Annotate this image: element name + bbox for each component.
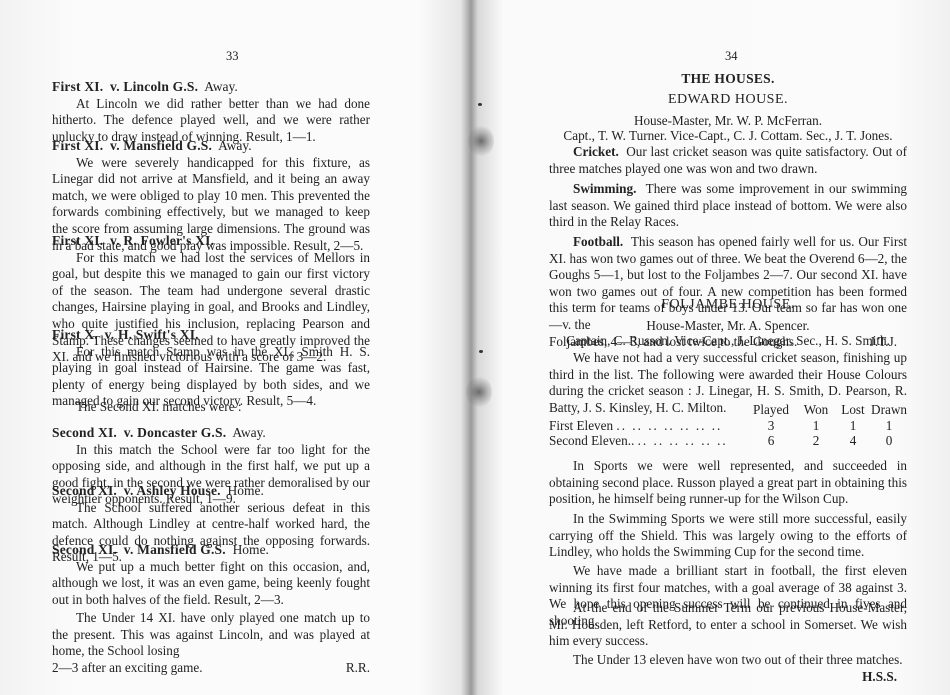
match-heading: Second XI. v. Mansfield G.S. Home. [52,542,370,559]
house-section-swimming: Swimming. There was some improvement in … [549,181,907,231]
match-heading: First XI. v. R. Fowler's XI. [52,233,370,250]
match-report: First XI. v. Lincoln G.S. Away. At Linco… [52,79,370,145]
paragraph-swimming: In the Swimming Sports we were still mor… [549,511,907,561]
binding-speck [479,350,483,353]
staple-mark [468,125,494,157]
paragraph-under13: The Under 13 eleven have won two out of … [549,652,907,685]
match-heading: First X. v. H. Swift's XI. [52,327,370,344]
table-row: First Eleven .. .. .. .. .. .. .. 3 1 1 … [549,418,907,434]
under14-report: The Under 14 XI. have only played one ma… [52,610,370,676]
house-officers: Captain, C. Russon. Vice-Capt., J. Lineg… [549,333,907,350]
page-number: 34 [725,48,738,65]
house-name: FOLJAMBE HOUSE. [549,297,907,314]
match-heading: First XI. v. Lincoln G.S. Away. [52,79,370,96]
house-section-cricket: Cricket. Our last cricket season was qui… [549,144,907,177]
match-heading: Second XI. v. Doncaster G.S. Away. [52,425,370,442]
second-xi-intro: The Second XI. matches were : [52,399,370,416]
match-report: Second XI. v. Mansfield G.S. Home. We pu… [52,542,370,608]
left-page: 33 First XI. v. Lincoln G.S. Away. At Li… [52,0,370,695]
results-table: Played Won Lost Drawn First Eleven .. ..… [549,402,907,449]
book-spread: 33 First XI. v. Lincoln G.S. Away. At Li… [0,0,950,695]
binding-speck [478,103,482,106]
table-header-row: Played Won Lost Drawn [549,402,907,418]
page-number: 33 [226,48,239,65]
paragraph-sports: In Sports we were well represented, and … [549,458,907,508]
paragraph-housemaster: At the end of the Summer Term our previo… [549,600,907,650]
staple-mark [466,376,492,408]
house-name: EDWARD HOUSE. [549,92,907,109]
signature: R.R. [346,660,370,677]
match-report: First X. v. H. Swift's XI. For this matc… [52,327,370,410]
match-text: We put up a much better fight on this oc… [52,559,370,609]
house-officers: Capt., T. W. Turner. Vice-Capt., C. J. C… [549,128,907,145]
signature: H.S.S. [549,669,907,686]
section-title: THE HOUSES. [549,71,907,88]
table-row: Second Eleven.. .. .. .. .. .. .. 6 2 4 … [549,433,907,449]
match-heading: Second XI. v. Ashley House. Home. [52,483,370,500]
match-heading: First XI. v. Mansfield G.S. Away. [52,138,370,155]
right-page: 34 THE HOUSES. EDWARD HOUSE. House-Maste… [549,0,907,695]
